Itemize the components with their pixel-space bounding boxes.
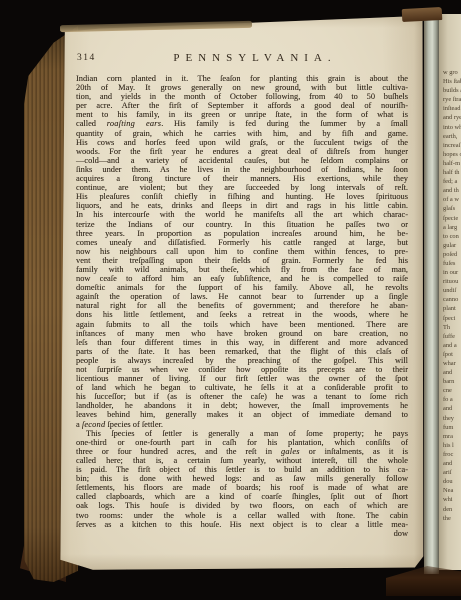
facing-text-fragment: hopes o [443, 150, 461, 159]
text-line: one-third or one-fourth part in caſh for… [76, 438, 408, 447]
text-line: dons his little ſettlement, and ſeeks a … [76, 310, 408, 319]
facing-text-fragment: whar [443, 359, 461, 368]
facing-text-fragment: fuſes [443, 259, 461, 268]
text-line: of land which he began to cultivate, he … [76, 383, 408, 392]
text-line: now ceaſe to afford him an eaſy ſubſiſte… [76, 274, 408, 283]
text-line: called roaſting ears. His family is fed … [76, 119, 408, 128]
facing-text-fragment: canno [443, 295, 461, 304]
text-line: ment to his family, in its green or unri… [76, 110, 408, 119]
catchword: dow [76, 529, 408, 538]
facing-text-fragment: ariſ [443, 468, 461, 477]
text-line: is paid. The firſt object of this ſettle… [76, 465, 408, 474]
text-line: licentious manner of living. If our firſ… [76, 374, 408, 383]
text-line: ſettlements, his floors are made of boar… [76, 483, 408, 492]
facing-text-fragment: poſed [443, 250, 461, 259]
text-line: oak logs. This houſe is divided by two f… [76, 501, 408, 510]
facing-text-fragment: into wh [443, 123, 461, 132]
folio-number: 314 [77, 53, 96, 63]
text-line: called here; that is, a certain ſum year… [76, 456, 408, 465]
text-line: His pleaſures conſiſt chiefly in fiſhing… [76, 192, 408, 201]
text-line: inſtances of many men who have broken gr… [76, 329, 408, 338]
text-line: comes uneaſy and diſſatisfied. Formerly … [76, 238, 408, 247]
text-line: tion, and yields in the month of October… [76, 92, 408, 101]
page-gutter [424, 14, 439, 574]
text-line: now his neighbours call upon him to conf… [76, 247, 408, 256]
facing-text-fragment: and th [443, 186, 461, 195]
facing-text-fragment: earth, [443, 132, 461, 141]
text-line: not ſurpriſe us when we conſider how opp… [76, 365, 408, 374]
facing-text-fragment: rye ſtra [443, 95, 461, 104]
text-line: a ſecond ſpecies of ſettler. [76, 420, 408, 429]
facing-text-fragment: ſpecie [443, 214, 461, 223]
text-line: —cold—and a variety of accidental cauſes… [76, 156, 408, 165]
facing-text-fragment: of a w [443, 195, 461, 204]
facing-text-fragment: fed; a [443, 177, 461, 186]
facing-text-fragment: the [443, 514, 461, 523]
text-line: ſerves as a kitchen to this houſe. His n… [76, 520, 408, 529]
facing-text-fragment: whi [443, 495, 461, 504]
facing-text-fragment: glaſs [443, 204, 461, 213]
page-header: 314 PENNSYLVANIA. [76, 52, 408, 65]
text-line: continue, are violent; but they are ſucc… [76, 183, 408, 192]
text-line: woods. For the firſt year he endures a g… [76, 147, 408, 156]
facing-text-fragment: Nea [443, 486, 461, 495]
facing-text-fragment: His ſtab [443, 77, 461, 86]
facing-text-fragment: undiſ [443, 286, 461, 295]
text-line: people is always increaſed by the preach… [76, 356, 408, 365]
headband [402, 7, 443, 22]
facing-text-fragment: ſuffe [443, 332, 461, 341]
text-line: This ſpecies of ſettler is generally a m… [76, 429, 408, 438]
facing-text-fragment: rituou [443, 277, 461, 286]
facing-text-fragment: to con [443, 232, 461, 241]
text-line: again ſubmits to all the toils which hav… [76, 320, 408, 329]
facing-text-fragment: half-m [443, 159, 461, 168]
facing-text-fragment: plant [443, 304, 461, 313]
facing-text-fragment: in our [443, 268, 461, 277]
text-line: landholder, he abandons it in debt; howe… [76, 401, 408, 410]
facing-text-fragment: and rye [443, 113, 461, 122]
facing-text-fragment: increaſ [443, 141, 461, 150]
page-content: 314 PENNSYLVANIA. Indian corn planted in… [76, 46, 408, 538]
text-line: Indian corn planted in it. The ſeaſon fo… [76, 74, 408, 83]
running-head: PENNSYLVANIA. [76, 52, 408, 64]
facing-text-fragment: Th [443, 323, 461, 332]
facing-text-fragment: they [443, 414, 461, 423]
text-line: liquors, and he eats, drinks and ſleeps … [76, 201, 408, 210]
facing-text-fragment: builds a [443, 86, 461, 95]
text-line: called clapboards, which are a kind of c… [76, 492, 408, 501]
facing-text-fragment: a larg [443, 223, 461, 232]
facing-text-fragment: inſtead [443, 104, 461, 113]
text-line: quantity of grain, which he carries with… [76, 129, 408, 138]
facing-text-fragment: ſpeci [443, 314, 461, 323]
facing-text-fragment: barn [443, 377, 461, 386]
text-line: two rooms: under the whole is a cellar w… [76, 511, 408, 520]
facing-text-fragment: and [443, 368, 461, 377]
text-line: acquires a ſtrong tincture of their mann… [76, 174, 408, 183]
body-text: Indian corn planted in it. The ſeaſon fo… [76, 74, 408, 529]
text-line: three years. In proportion as population… [76, 229, 408, 238]
text-line: domeſtic animals for the ſupport of his … [76, 283, 408, 292]
facing-text-fragment: and [443, 404, 461, 413]
facing-text-fragment: gular [443, 241, 461, 250]
facing-text-fragment: froc [443, 450, 461, 459]
text-line: In his intercourſe with the world he man… [76, 210, 408, 219]
text-line: his ſucceſſor; but if (as is oftener the… [76, 392, 408, 401]
facing-text-fragment: dou [443, 477, 461, 486]
facing-page-sliver: w groHis ſtabbuilds arye ſtrainſteadand … [439, 14, 461, 570]
facing-text-fragment: cne [443, 386, 461, 395]
facing-text-fragment: den [443, 505, 461, 514]
facing-text-fragment: mra [443, 432, 461, 441]
text-line: vent their treſpaſſing upon their fields… [76, 256, 408, 265]
text-line: His cows and horſes feed upon wild graſs… [76, 138, 408, 147]
book-page: 314 PENNSYLVANIA. Indian corn planted in… [56, 14, 424, 572]
text-line: againſt the operation of laws. He cannot… [76, 292, 408, 301]
facing-text-fragment: and [443, 459, 461, 468]
facing-text-fragment: fo a [443, 395, 461, 404]
facing-text-fragment: his l [443, 441, 461, 450]
text-line: family with wild animals, but theſe, whi… [76, 265, 408, 274]
text-line: 20th of May. It grows generally on new g… [76, 83, 408, 92]
text-line: per acre. After the firſt of September i… [76, 101, 408, 110]
text-line: leaves behind him, generally makes it an… [76, 410, 408, 419]
facing-text-fragment: fum [443, 423, 461, 432]
text-line: leſs than four different times in this w… [76, 338, 408, 347]
cover-corner-bottom-right [386, 566, 461, 596]
text-line: natural right for all the benefits of go… [76, 301, 408, 310]
text-line: bin; this is done with hewed logs: and a… [76, 474, 408, 483]
facing-text-fragment: w gro [443, 68, 461, 77]
book-photograph: { "page": { "folio": "314", "running_hea… [0, 0, 461, 600]
text-line: terize the Indians of our country. In th… [76, 220, 408, 229]
facing-text-fragment: half th [443, 168, 461, 177]
text-line: parts of the ſtate. It has been remarked… [76, 347, 408, 356]
facing-text-fragment: and a [443, 341, 461, 350]
text-line: three or four hundred acres, and the reſ… [76, 447, 408, 456]
facing-text-fragment: ſpot [443, 350, 461, 359]
text-line: ſinks under them. As he lives in the nei… [76, 165, 408, 174]
